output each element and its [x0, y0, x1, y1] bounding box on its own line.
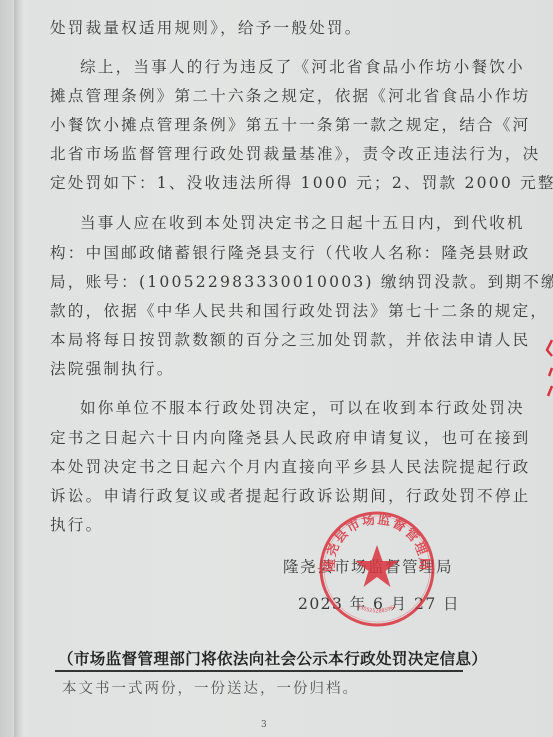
- text-line: 本局将每日按罚款数额的百分之三加处罚款，并依法申请人民: [50, 330, 530, 350]
- text-line: 北省市场监督管理行政处罚裁量基准》，责令改正违法行为，决: [50, 144, 540, 164]
- signature-agency: 隆尧县市场监督管理局: [283, 555, 453, 577]
- public-notice: （市场监督管理部门将依法向社会公示本行政处罚决定信息）: [58, 647, 487, 669]
- text-line: 定书之日起六十日内向隆尧县人民政府申请复议，也可在接到: [50, 428, 530, 448]
- text-line: 当事人应在收到本处罚决定书之日起十五日内，到代收机: [80, 213, 525, 233]
- signature-date: 2023 年 6 月 27 日: [298, 592, 460, 614]
- text-line: 构：中国邮政储蓄银行隆尧县支行（代收人名称：隆尧县财政: [50, 243, 530, 263]
- text-line: 综上，当事人的行为违反了《河北省食品小作坊小餐饮小: [80, 57, 525, 77]
- text-line: 执行。: [50, 515, 103, 535]
- text-line: 款的，依据《中华人民共和国行政处罚法》第七十二条的规定，: [50, 301, 548, 321]
- adjacent-seal-fragment-icon: [543, 338, 553, 398]
- page-edge-shadow: [14, 0, 24, 737]
- text-line: 处罚裁量权适用规则》，给予一般处罚。: [50, 18, 363, 38]
- text-line: 法院强制执行。: [50, 359, 175, 379]
- copies-note: 本文书一式两份，一份送达，一份归档。: [62, 677, 359, 698]
- text-line: 摊点管理条例》第二十六条之规定，依据《河北省食品小作坊: [50, 86, 530, 106]
- text-line: 如你单位不服本行政处罚决定，可以在收到本行政处罚决: [80, 398, 525, 418]
- text-line: 本处罚决定书之日起六个月内直接向平乡县人民法院提起行政: [50, 457, 530, 477]
- text-line: 定处罚如下：1、没收违法所得 1000 元；2、罚款 2000 元整。: [50, 173, 553, 193]
- divider-rule: [55, 670, 463, 672]
- document-page: 处罚裁量权适用规则》，给予一般处罚。 综上，当事人的行为违反了《河北省食品小作坊…: [0, 0, 553, 737]
- text-line: 局，账号：(100522983330010003) 缴纳罚没款。到期不缴纳罚: [50, 272, 553, 292]
- text-line: 小餐饮小摊点管理条例》第五十一条第一款之规定，结合《河: [50, 115, 530, 135]
- text-line: 诉讼。申请行政复议或者提起行政诉讼期间，行政处罚不停止: [50, 486, 530, 506]
- page-number: 3: [261, 720, 267, 730]
